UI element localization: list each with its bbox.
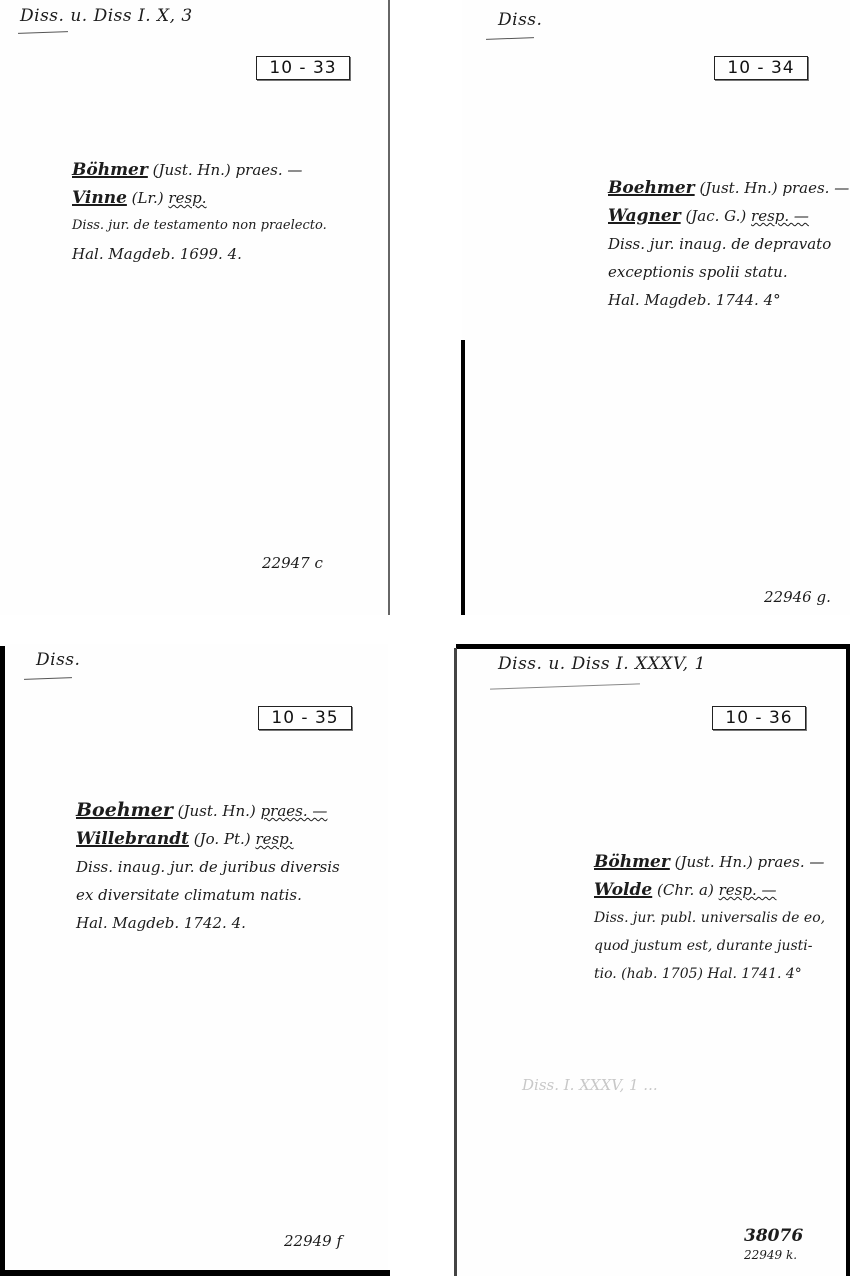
title-line: Diss. jur. publ. universalis de eo, [594, 904, 825, 932]
card-edge [461, 340, 465, 615]
author-role: praes. — [758, 853, 825, 871]
title-line: exceptionis spolii statu. [608, 258, 849, 286]
respondent-role: resp. [255, 830, 293, 848]
catalog-entry: Boehmer (Just. Hn.) praes. — Willebrandt… [76, 796, 340, 937]
call-number-box: 10 - 34 [714, 56, 808, 80]
author-initials: (Just. Hn.) [153, 161, 231, 179]
respondent-name: Wagner [608, 206, 681, 226]
card-edge [0, 1270, 390, 1276]
shelfmark: Diss. [36, 650, 80, 670]
shelfmark-underline [490, 683, 640, 689]
author-role: praes. — [261, 802, 328, 820]
author-name: Boehmer [608, 178, 695, 198]
shelfmark-underline [486, 37, 534, 40]
respondent-role: resp. [168, 189, 206, 207]
accession-number: 38076 [744, 1226, 803, 1246]
author-name: Böhmer [594, 852, 670, 872]
card-edge [454, 648, 457, 1276]
inventory-number: 22949 k. [744, 1248, 797, 1262]
respondent-name: Wolde [594, 880, 652, 900]
respondent-name: Willebrandt [76, 829, 189, 849]
respondent-initials: (Lr.) [132, 189, 164, 207]
card-edge [388, 0, 390, 615]
call-number: 10 - 33 [269, 58, 336, 78]
call-number-box: 10 - 36 [712, 706, 806, 730]
author-name: Böhmer [72, 160, 148, 180]
catalog-card-10-35: Diss. 10 - 35 Boehmer (Just. Hn.) praes.… [4, 644, 388, 1270]
card-edge [456, 644, 850, 649]
respondent-role: resp. — [751, 207, 809, 225]
card-edge [0, 646, 5, 1276]
inventory-number: 22949 f [284, 1232, 342, 1250]
shelfmark: Diss. [498, 10, 542, 30]
title-line: Diss. inaug. jur. de juribus diversis [76, 853, 340, 881]
shelfmark-underline [18, 31, 68, 34]
title-line: quod justum est, durante justi- [594, 932, 825, 960]
catalog-card-10-36: Diss. u. Diss I. XXXV, 1 10 - 36 Böhmer … [458, 648, 846, 1276]
faint-erased-note: Diss. I. XXXV, 1 ... [522, 1076, 658, 1094]
title-line: Diss. jur. inaug. de depravato [608, 230, 849, 258]
author-initials: (Just. Hn.) [178, 802, 256, 820]
respondent-role: resp. — [719, 881, 777, 899]
call-number-box: 10 - 33 [256, 56, 350, 80]
author-role: praes. — [782, 179, 849, 197]
imprint: Hal. Magdeb. 1742. 4. [76, 909, 340, 937]
shelfmark-underline [24, 677, 72, 680]
respondent-name: Vinne [72, 188, 127, 208]
call-number: 10 - 35 [271, 708, 338, 728]
shelfmark: Diss. u. Diss I. XXXV, 1 [498, 654, 706, 674]
call-number: 10 - 34 [727, 58, 794, 78]
title-line: tio. (hab. 1705) Hal. 1741. 4° [594, 960, 825, 988]
author-initials: (Just. Hn.) [675, 853, 753, 871]
author-initials: (Just. Hn.) [699, 179, 777, 197]
respondent-initials: (Jac. G.) [685, 207, 746, 225]
call-number-box: 10 - 35 [258, 706, 352, 730]
title-line: Diss. jur. de testamento non praelecto. [72, 212, 327, 240]
title-line: ex diversitate climatum natis. [76, 881, 340, 909]
respondent-initials: (Jo. Pt.) [194, 830, 251, 848]
catalog-card-10-33: Diss. u. Diss I. X, 3 10 - 33 Böhmer (Ju… [0, 0, 388, 615]
imprint: Hal. Magdeb. 1744. 4° [608, 286, 849, 314]
catalog-card-10-34: Diss. 10 - 34 Boehmer (Just. Hn.) praes.… [462, 0, 850, 615]
imprint: Hal. Magdeb. 1699. 4. [72, 240, 327, 268]
catalog-entry: Boehmer (Just. Hn.) praes. — Wagner (Jac… [608, 174, 849, 314]
author-name: Boehmer [76, 799, 173, 821]
respondent-initials: (Chr. a) [657, 881, 714, 899]
author-role: praes. — [236, 161, 303, 179]
call-number: 10 - 36 [725, 708, 792, 728]
inventory-number: 22946 g. [764, 588, 831, 606]
inventory-number: 22947 c [262, 554, 323, 572]
catalog-entry: Böhmer (Just. Hn.) praes. — Vinne (Lr.) … [72, 156, 327, 268]
shelfmark: Diss. u. Diss I. X, 3 [20, 6, 193, 26]
card-edge [846, 648, 850, 1276]
catalog-entry: Böhmer (Just. Hn.) praes. — Wolde (Chr. … [594, 848, 825, 988]
